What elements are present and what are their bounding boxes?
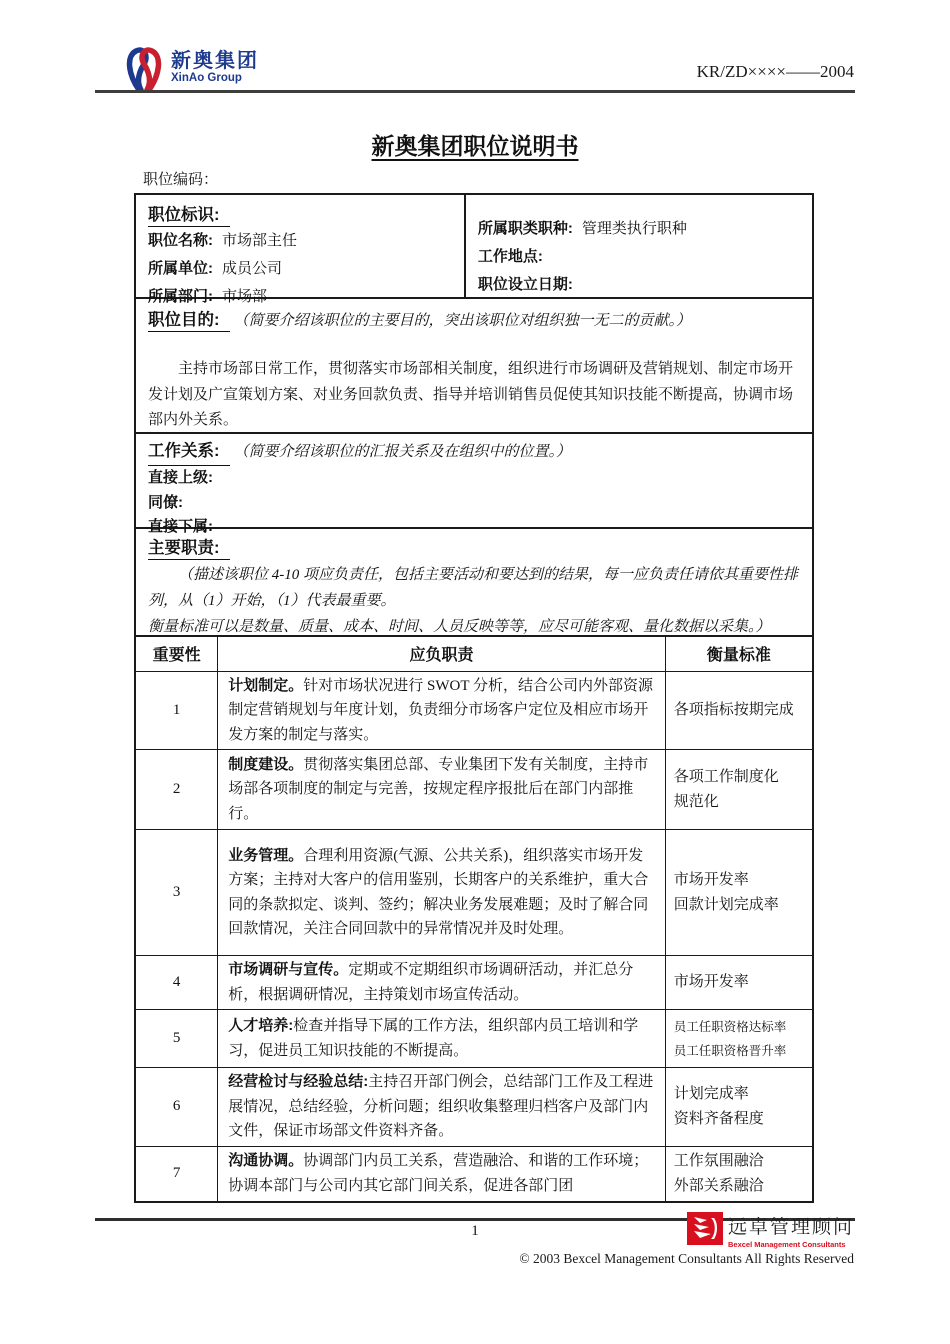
field-position-name: 职位名称:市场部主任 — [148, 227, 452, 255]
importance-cell: 3 — [136, 830, 218, 956]
duty-cell: 制度建设。贯彻落实集团总部、专业集团下发有关制度，主持市场部各项制度的制定与完善… — [218, 750, 666, 830]
duty-row-7: 7 沟通协调。协调部门内员工关系，营造融洽、和谐的工作环境；协调本部门与公司内其… — [136, 1146, 812, 1201]
column-responsibility: 应负职责 — [218, 636, 666, 671]
relation-peer: 同僚: — [148, 491, 800, 516]
document-code: KR/ZD××××——2004 — [697, 62, 854, 82]
field-job-category: 所属职类职种:管理类执行职种 — [478, 215, 800, 243]
relations-label: 工作关系: — [148, 438, 230, 466]
importance-cell: 5 — [136, 1010, 218, 1068]
measure-cell: 员工任职资格达标率员工任职资格晋升率 — [665, 1010, 812, 1068]
column-measure: 衡量标准 — [665, 636, 812, 671]
measure-cell: 各项指标按期完成 — [665, 671, 812, 750]
duties-note-2: 衡量标准可以是数量、质量、成本、时间、人员反映等等，应尽可能客观、量化数据以采集… — [148, 614, 800, 640]
bexcel-logo-icon — [687, 1212, 723, 1245]
relations-note: （简要介绍该职位的汇报关系及在组织中的位置。） — [234, 444, 572, 460]
duty-row-3: 3 业务管理。合理利用资源(气源、公共关系)，组织落实市场开发方案；主持对大客户… — [136, 830, 812, 956]
page-title: 新奥集团职位说明书 — [0, 128, 950, 161]
purpose-note: （简要介绍该职位的主要目的，突出该职位对组织独一无二的贡献。） — [234, 313, 692, 329]
purpose-body: 主持市场部日常工作，贯彻落实市场部相关制度，组织进行市场调研及营销规划、制定市场… — [148, 357, 800, 434]
job-code-label: 职位编码： — [143, 168, 218, 189]
duty-cell: 市场调研与宣传。定期或不定期组织市场调研活动，并汇总分析，根据调研情况，主持策划… — [218, 956, 666, 1010]
field-establish-date: 职位设立日期: — [478, 271, 800, 299]
measure-cell: 市场开发率 — [665, 956, 812, 1010]
copyright-text: © 2003 Bexcel Management Consultants All… — [519, 1251, 854, 1267]
importance-cell: 7 — [136, 1146, 218, 1201]
duty-row-4: 4 市场调研与宣传。定期或不定期组织市场调研活动，并汇总分析，根据调研情况，主持… — [136, 956, 812, 1010]
logo-name-en: XinAo Group — [171, 72, 259, 84]
section-duties-intro: 主要职责: （描述该职位 4-10 项应负责任，包括主要活动和要达到的结果，每一… — [136, 527, 812, 635]
importance-cell: 2 — [136, 750, 218, 830]
duty-row-6: 6 经营检讨与经验总结:主持召开部门例会，总结部门工作及工程进展情况，总结经验，… — [136, 1068, 812, 1147]
duties-header: 主要职责: — [148, 534, 800, 560]
duty-cell: 经营检讨与经验总结:主持召开部门例会，总结部门工作及工程进展情况，总结经验，分析… — [218, 1068, 666, 1147]
duty-row-5: 5 人才培养:检查并指导下属的工作方法，组织部内员工培训和学习，促进员工知识技能… — [136, 1010, 812, 1068]
measure-cell: 工作氛围融洽外部关系融洽 — [665, 1146, 812, 1201]
duty-cell: 业务管理。合理利用资源(气源、公共关系)，组织落实市场开发方案；主持对大客户的信… — [218, 830, 666, 956]
duties-table: 重要性 应负职责 衡量标准 1 计划制定。针对市场状况进行 SWOT 分析，结合… — [136, 635, 812, 1201]
xinao-ribbon-icon — [124, 44, 164, 92]
logo-name-cn: 新奥集团 — [171, 51, 259, 72]
purpose-label: 职位目的: — [148, 306, 230, 332]
brand-name-en: Bexcel Management Consultants — [728, 1240, 854, 1249]
measure-cell: 各项工作制度化规范化 — [665, 750, 812, 830]
relation-superior: 直接上级: — [148, 466, 800, 491]
duties-note-1: （描述该职位 4-10 项应负责任，包括主要活动和要达到的结果，每一应负责任请依… — [148, 562, 800, 614]
column-importance: 重要性 — [136, 636, 218, 671]
identification-label: 职位标识: — [148, 201, 230, 227]
importance-cell: 4 — [136, 956, 218, 1010]
duty-cell: 沟通协调。协调部门内员工关系，营造融洽、和谐的工作环境；协调本部门与公司内其它部… — [218, 1146, 666, 1201]
field-unit: 所属单位:成员公司 — [148, 255, 452, 283]
importance-cell: 6 — [136, 1068, 218, 1147]
brand-text-block: 远卓管理顾问 Bexcel Management Consultants — [728, 1212, 854, 1249]
identification-right-cell: 所属职类职种:管理类执行职种 工作地点: 职位设立日期: — [464, 195, 812, 297]
importance-cell: 1 — [136, 671, 218, 750]
section-relations: 工作关系: （简要介绍该职位的汇报关系及在组织中的位置。） 直接上级: 同僚: … — [136, 432, 812, 527]
measure-cell: 市场开发率回款计划完成率 — [665, 830, 812, 956]
company-logo: 新奥集团 XinAo Group — [124, 44, 259, 92]
relations-header: 工作关系: （简要介绍该职位的汇报关系及在组织中的位置。） — [148, 438, 800, 466]
header-divider — [95, 90, 855, 93]
duty-row-1: 1 计划制定。针对市场状况进行 SWOT 分析，结合公司内外部资源制定营销规划与… — [136, 671, 812, 750]
identification-left-cell: 职位标识: 职位名称:市场部主任 所属单位:成员公司 所属部门:市场部 — [136, 195, 464, 297]
logo-wordmark: 新奥集团 XinAo Group — [171, 51, 259, 84]
duties-header-row: 重要性 应负职责 衡量标准 — [136, 636, 812, 671]
section-purpose: 职位目的: （简要介绍该职位的主要目的，突出该职位对组织独一无二的贡献。） 主持… — [136, 297, 812, 432]
duties-label: 主要职责: — [148, 534, 230, 560]
measure-cell: 计划完成率资料齐备程度 — [665, 1068, 812, 1147]
section-identification: 职位标识: 职位名称:市场部主任 所属单位:成员公司 所属部门:市场部 所属职类… — [136, 195, 812, 297]
duty-cell: 人才培养:检查并指导下属的工作方法，组织部内员工培训和学习，促进员工知识技能的不… — [218, 1010, 666, 1068]
brand-name-cn: 远卓管理顾问 — [728, 1212, 854, 1239]
duty-row-2: 2 制度建设。贯彻落实集团总部、专业集团下发有关制度，主持市场部各项制度的制定与… — [136, 750, 812, 830]
duty-cell: 计划制定。针对市场状况进行 SWOT 分析，结合公司内外部资源制定营销规划与年度… — [218, 671, 666, 750]
consultant-brand: 远卓管理顾问 Bexcel Management Consultants — [687, 1212, 854, 1249]
field-work-location: 工作地点: — [478, 243, 800, 271]
document-page: 新奥集团 XinAo Group KR/ZD××××——2004 新奥集团职位说… — [0, 0, 950, 1344]
position-description-table: 职位标识: 职位名称:市场部主任 所属单位:成员公司 所属部门:市场部 所属职类… — [134, 193, 814, 1203]
